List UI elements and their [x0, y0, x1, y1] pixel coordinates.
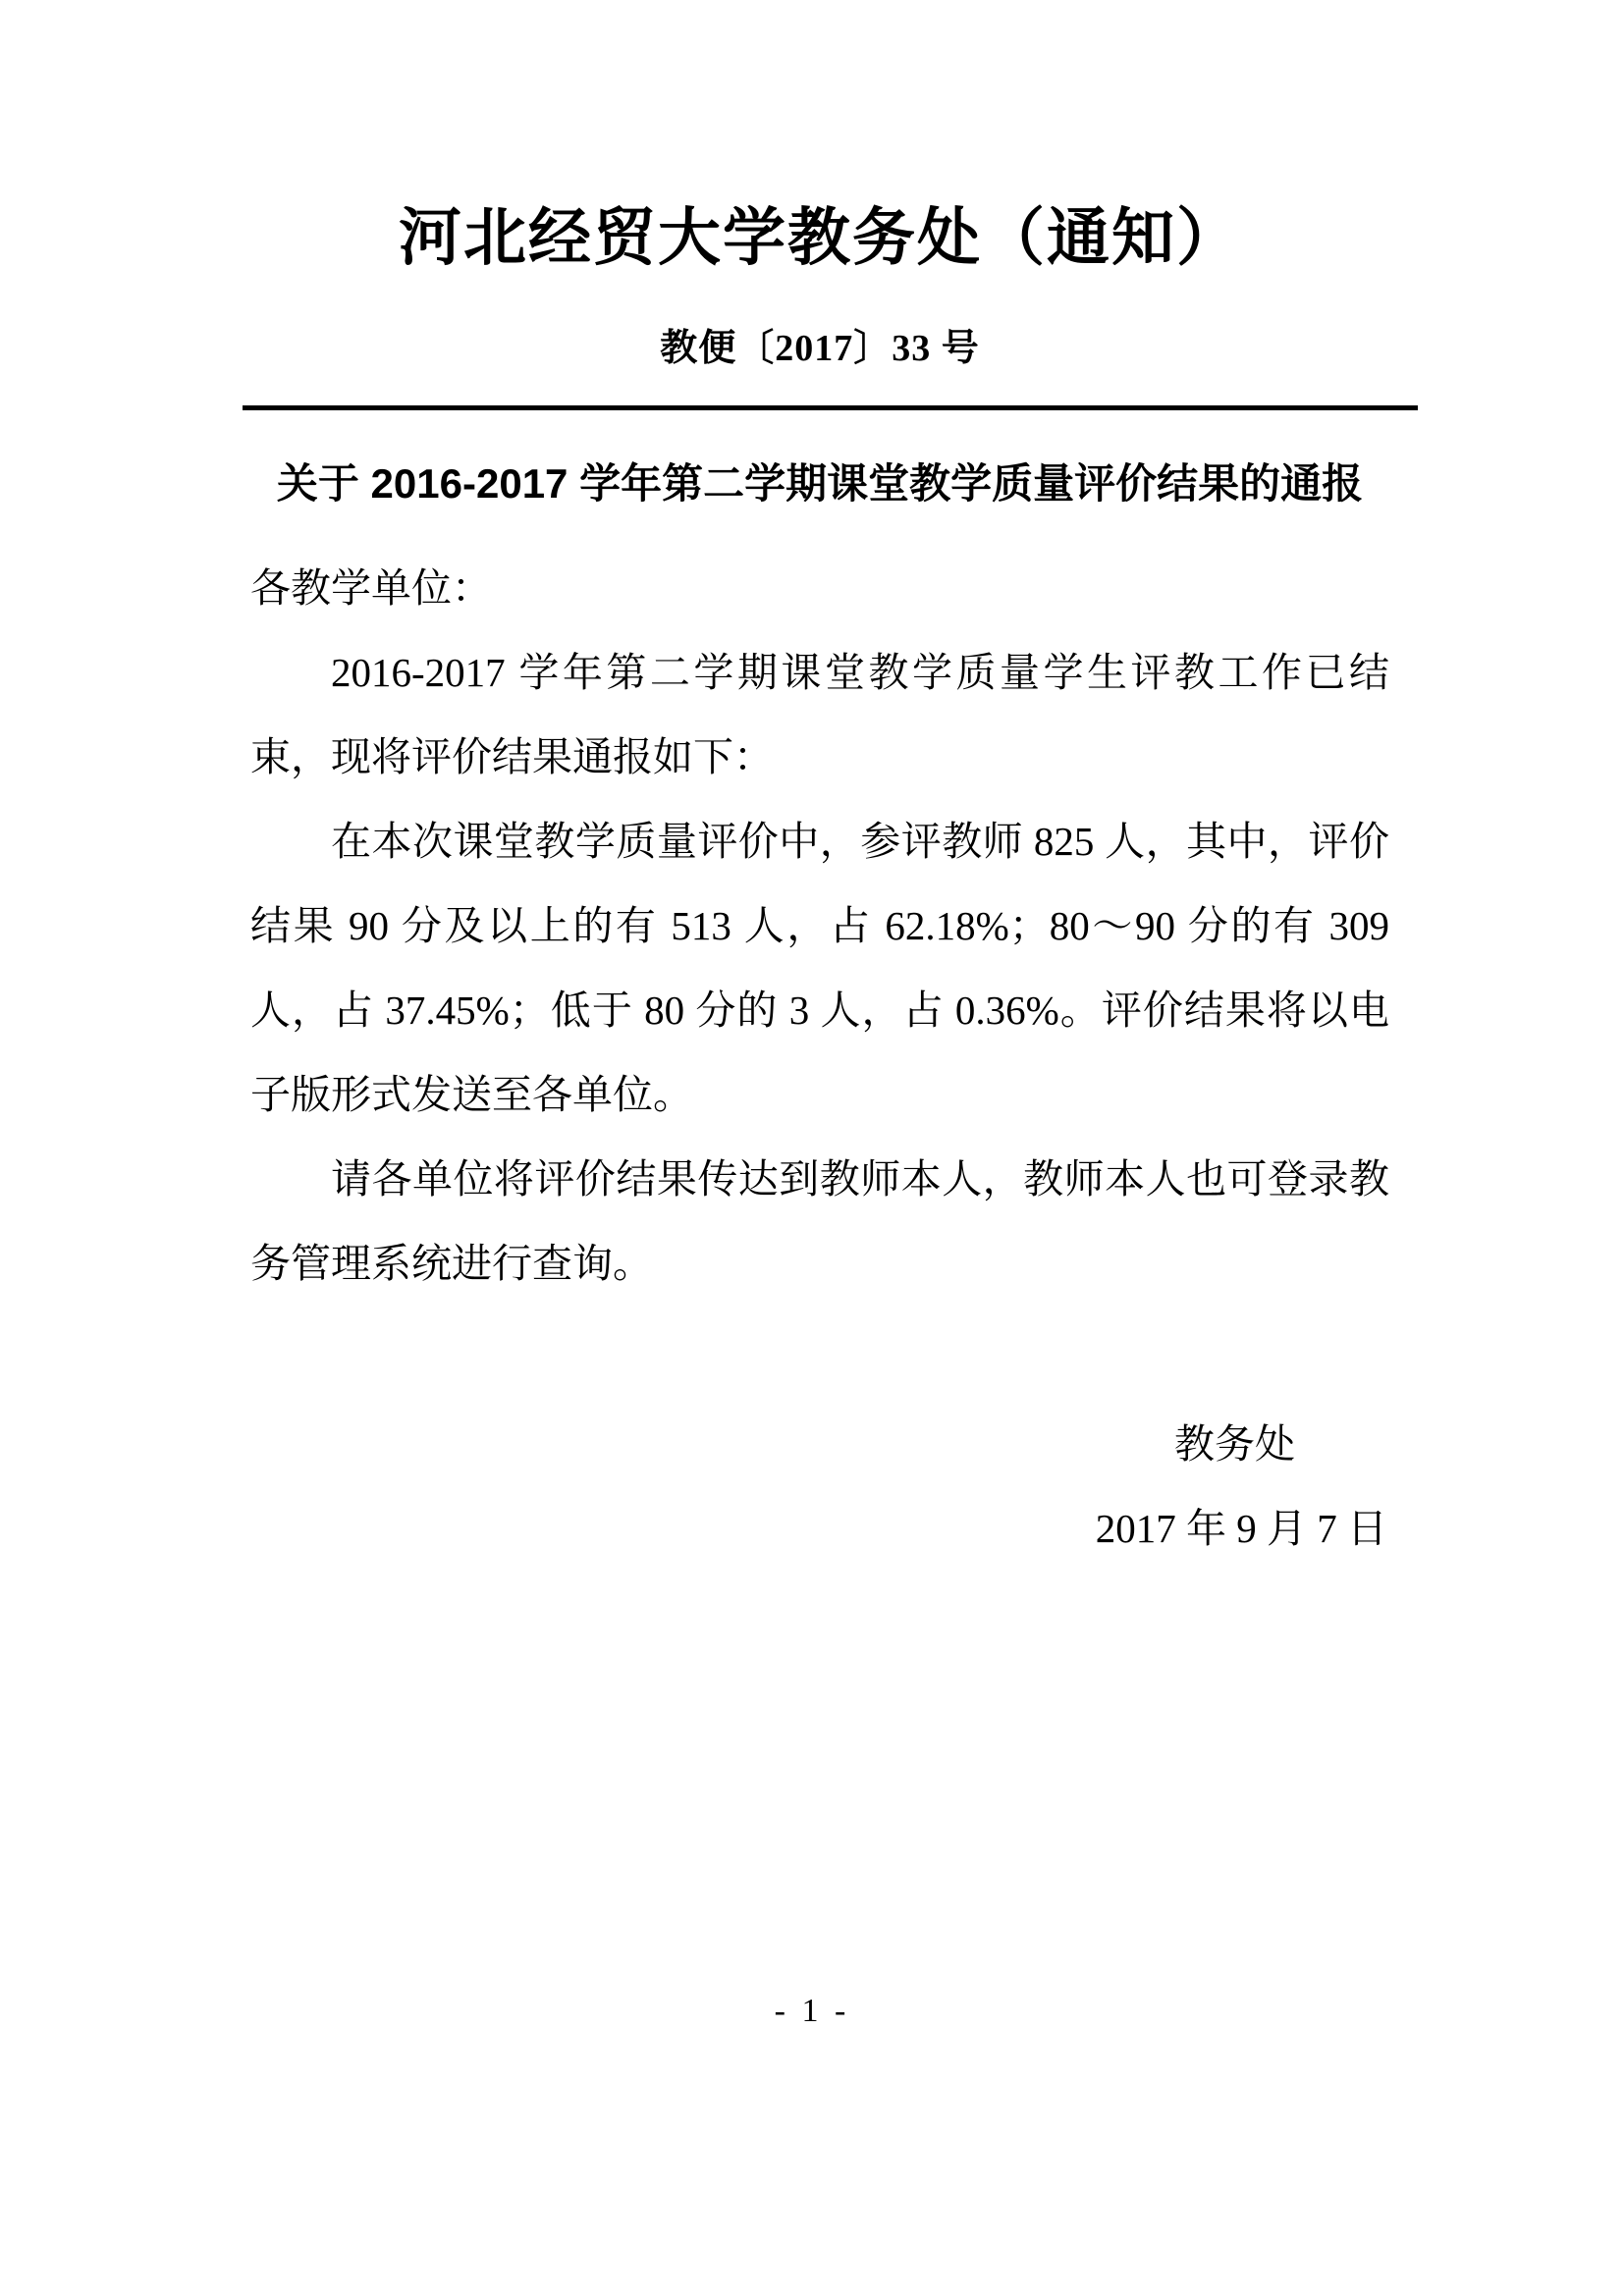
- paragraph-statistics: 在本次课堂教学质量评价中，参评教师 825 人，其中，评价结果 90 分及以上的…: [250, 799, 1389, 1137]
- document-number: 教便〔2017〕33 号: [250, 328, 1389, 369]
- notice-page: 河北经贸大学教务处（通知） 教便〔2017〕33 号 关于 2016-2017 …: [0, 0, 1624, 2296]
- document-title: 河北经贸大学教务处（通知）: [250, 202, 1389, 275]
- document-body: 各教学单位： 2016-2017 学年第二学期课堂教学质量学生评教工作已结束，现…: [250, 546, 1389, 1306]
- signature-block: 教务处 2017 年 9 月 7 日: [250, 1402, 1389, 1571]
- paragraph-intro: 2016-2017 学年第二学期课堂教学质量学生评教工作已结束，现将评价结果通报…: [250, 630, 1389, 799]
- notice-content: 河北经贸大学教务处（通知） 教便〔2017〕33 号 关于 2016-2017 …: [250, 0, 1389, 1571]
- subject-heading: 关于 2016-2017 学年第二学期课堂教学质量评价结果的通报: [250, 459, 1389, 508]
- header-separator-rule: [243, 405, 1418, 410]
- paragraph-instruction: 请各单位将评价结果传达到教师本人，教师本人也可登录教务管理系统进行查询。: [250, 1137, 1389, 1306]
- page-number: - 1 -: [0, 1991, 1624, 2032]
- salutation: 各教学单位：: [250, 546, 1389, 630]
- signature-name: 教务处: [250, 1402, 1389, 1486]
- signature-date: 2017 年 9 月 7 日: [250, 1486, 1389, 1571]
